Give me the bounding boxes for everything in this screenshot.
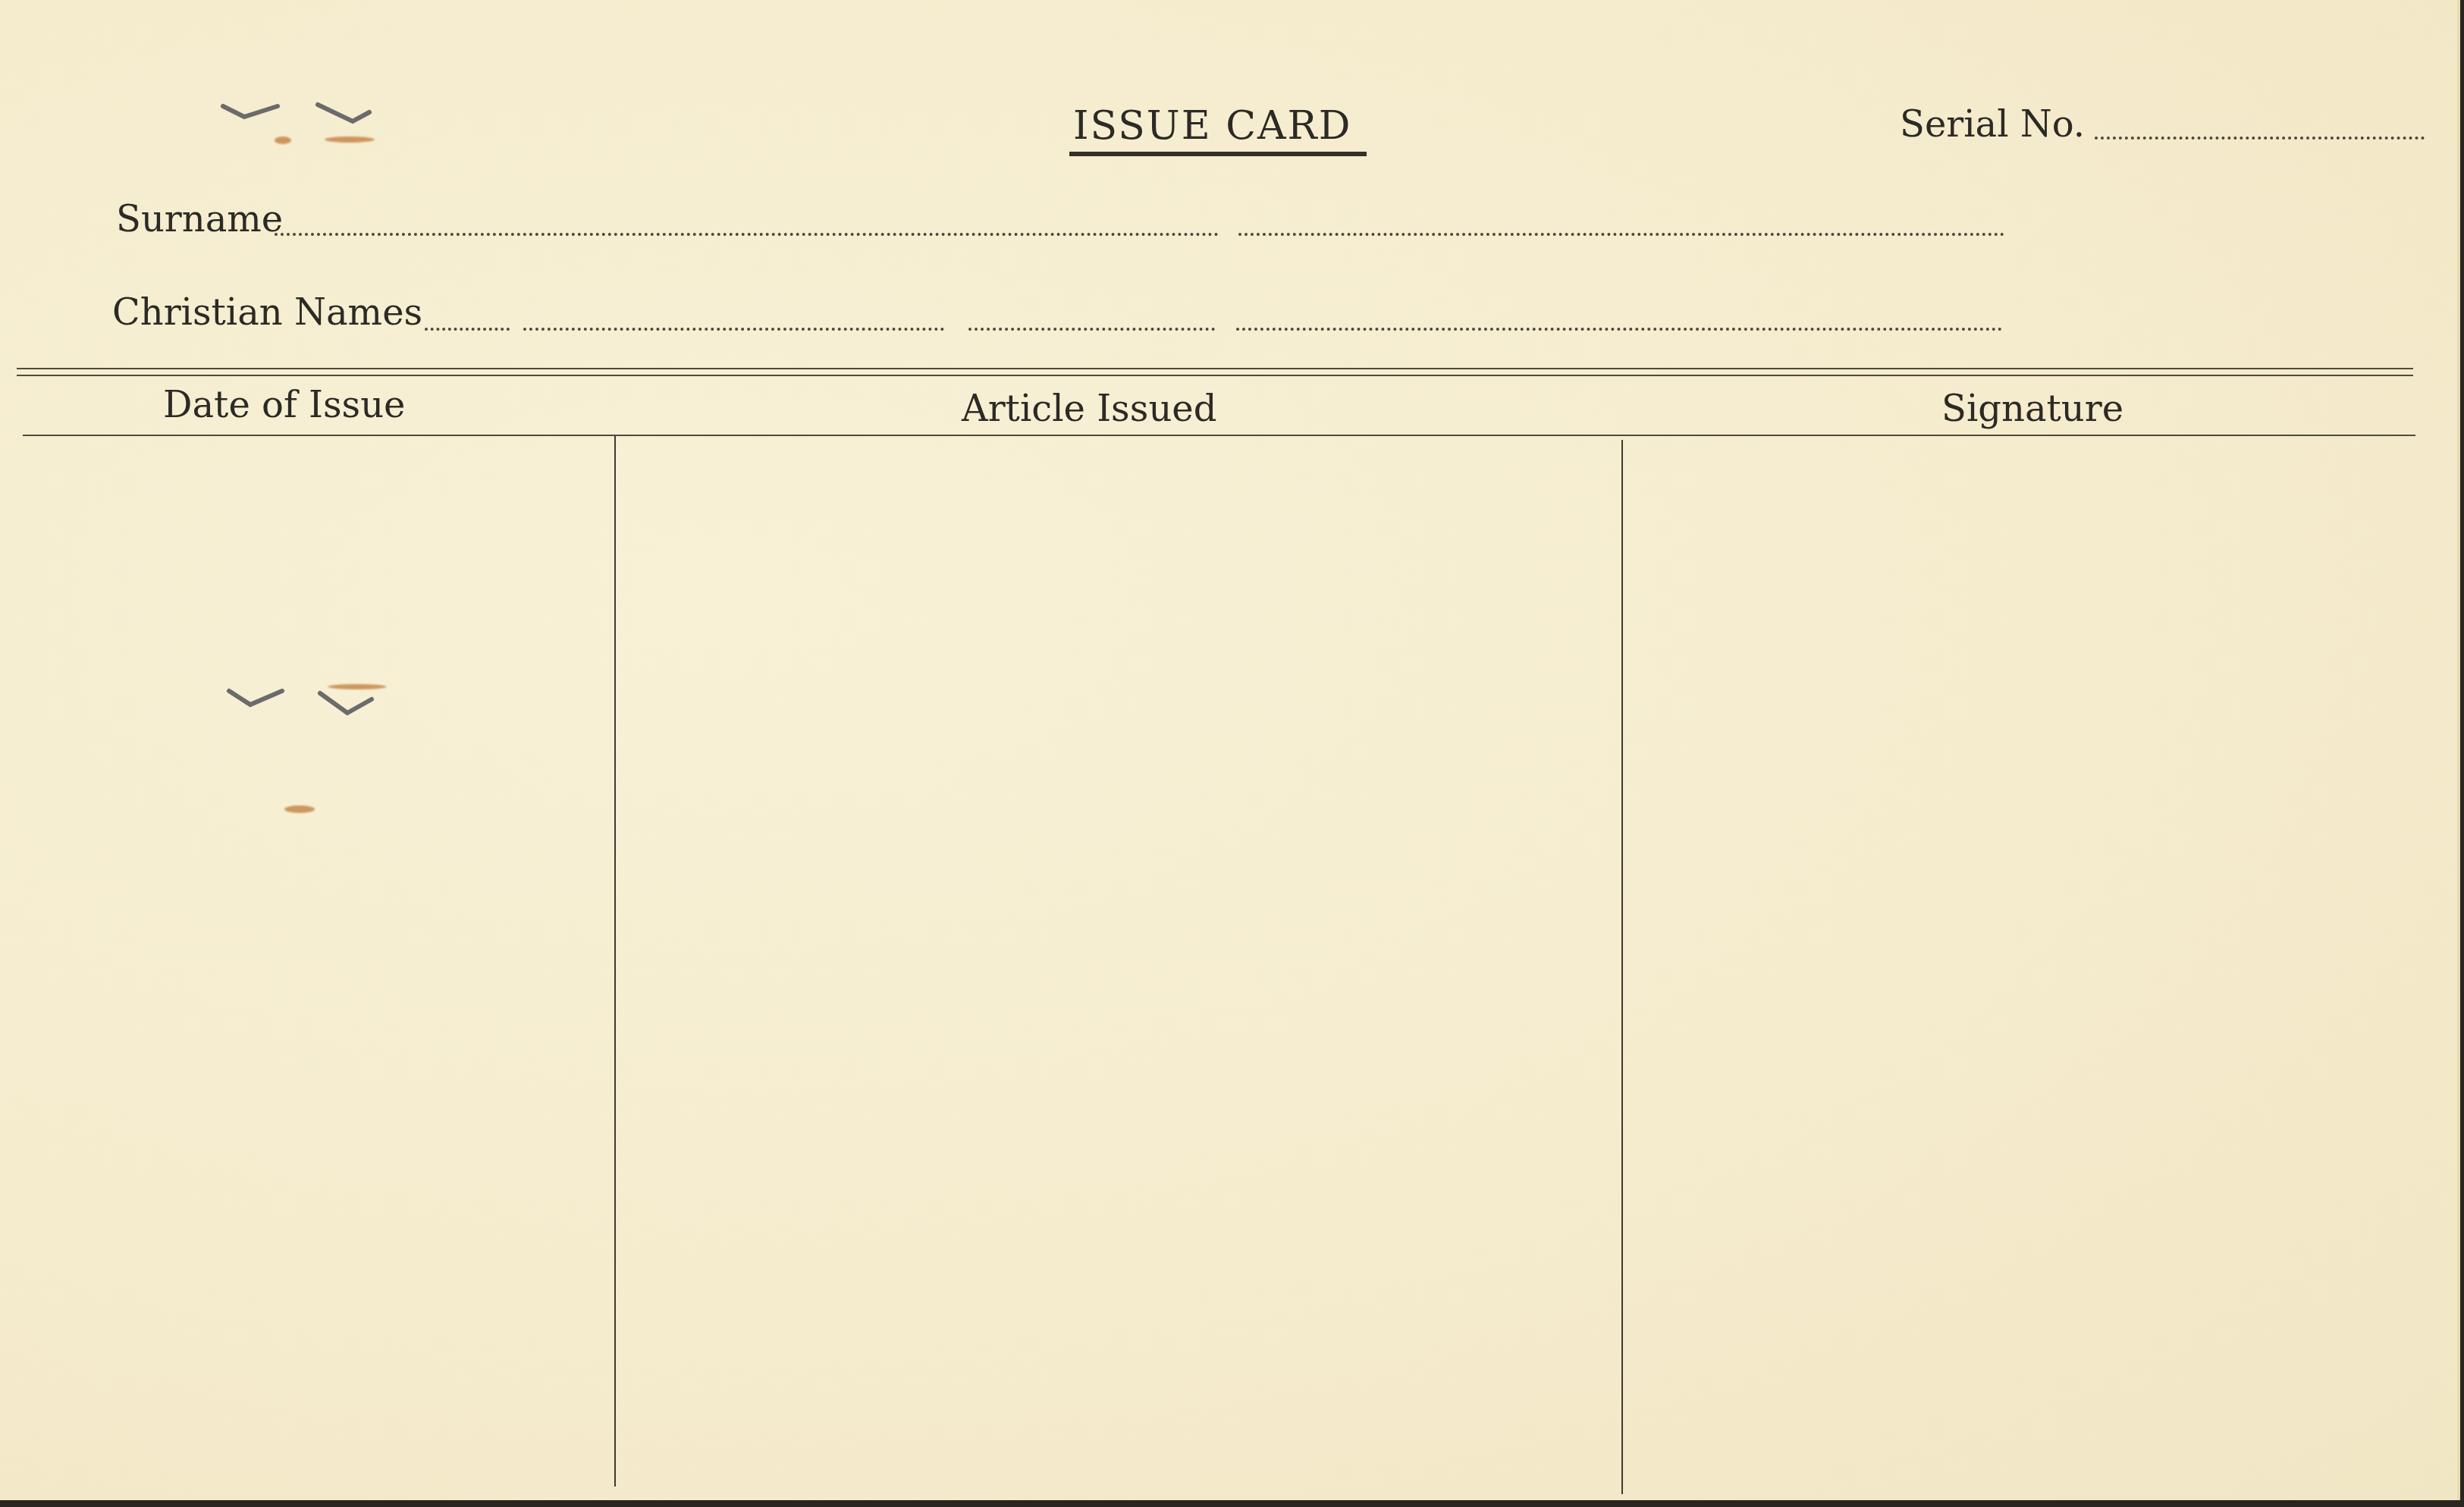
column-divider-1 (614, 436, 616, 1487)
article-issued-column-cell[interactable] (618, 440, 1618, 1487)
surname-field[interactable] (275, 233, 1219, 236)
date-of-issue-column-cell[interactable] (23, 440, 611, 1487)
column-header-signature: Signature (1941, 391, 2123, 427)
rust-stain (275, 137, 291, 144)
christian-names-field[interactable] (968, 328, 1215, 331)
christian-names-label: Christian Names (112, 294, 422, 331)
card-title: ISSUE CARD (1073, 106, 1351, 146)
serial-field[interactable] (2095, 137, 2425, 140)
title-underline (1069, 152, 1367, 156)
signature-column-cell[interactable] (1625, 440, 2414, 1487)
surname-label: Surname (116, 201, 283, 237)
column-header-article-issued: Article Issued (962, 391, 1216, 427)
issue-card: ISSUE CARD Serial No. Surname Christian … (0, 0, 2460, 1500)
staple-icon (220, 99, 281, 129)
header-divider-top (17, 368, 2413, 369)
rust-stain (325, 137, 375, 143)
surname-field-continued[interactable] (1238, 233, 2004, 236)
christian-names-field[interactable] (425, 328, 510, 331)
column-header-date-of-issue: Date of Issue (163, 387, 406, 423)
column-header-rule (23, 435, 2415, 436)
serial-label: Serial No. (1900, 106, 2085, 143)
staple-icon (315, 99, 375, 129)
header-divider-bottom (17, 375, 2413, 376)
christian-names-field[interactable] (1236, 328, 2002, 331)
christian-names-field[interactable] (523, 328, 944, 331)
column-divider-2 (1621, 440, 1623, 1494)
